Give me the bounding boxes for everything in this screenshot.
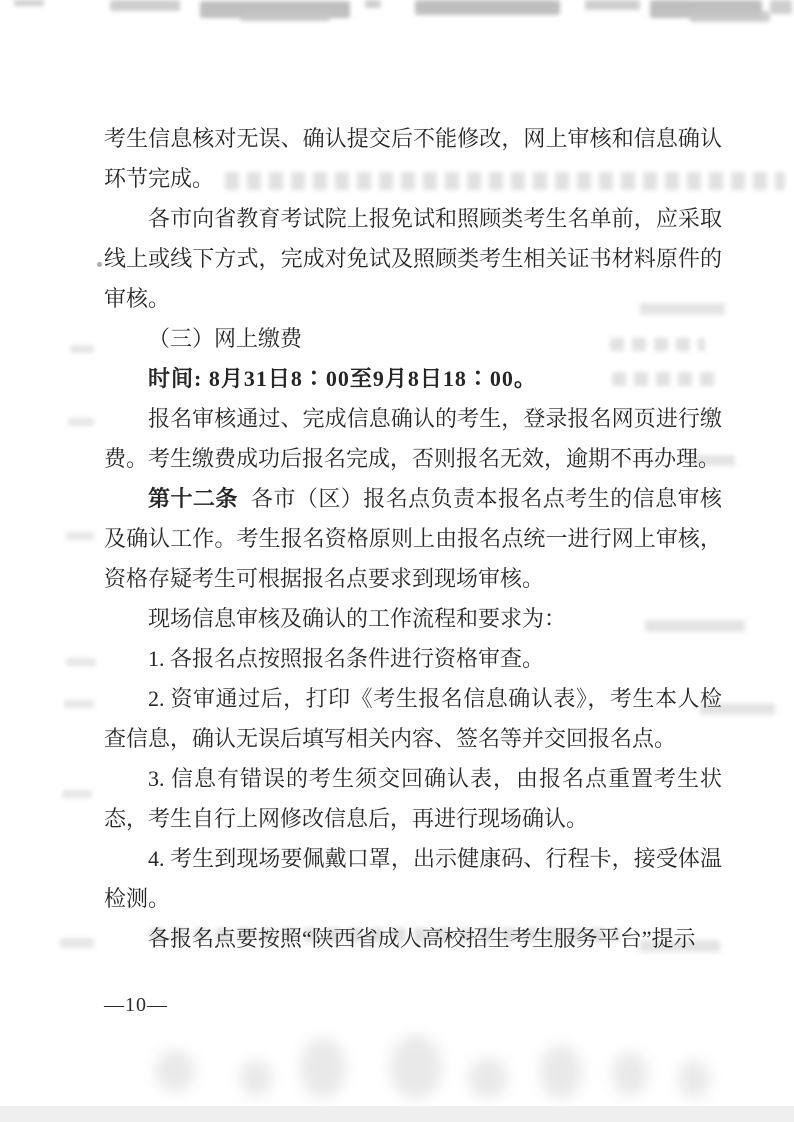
paragraph: 考生信息核对无误、确认提交后不能修改，网上审核和信息确认环节完成。 (104, 119, 722, 199)
list-item: 3. 信息有错误的考生须交回确认表，由报名点重置考生状态，考生自行上网修改信息后… (104, 759, 722, 839)
scan-artifact (678, 1060, 710, 1098)
paragraph: 现场信息审核及确认的工作流程和要求为： (104, 599, 722, 639)
page-number: —10— (104, 994, 168, 1017)
scan-artifact (70, 345, 94, 353)
scan-artifact (66, 532, 94, 540)
paragraph: 各市向省教育考试院上报免试和照顾类考生名单前，应采取线上或线下方式，完成对免试及… (104, 199, 722, 319)
list-item: 1. 各报名点按照报名条件进行资格审查。 (104, 639, 722, 679)
scan-artifact (240, 12, 330, 21)
document-page: 考生信息核对无误、确认提交后不能修改，网上审核和信息确认环节完成。 各市向省教育… (0, 0, 794, 1122)
scan-artifact (62, 790, 92, 798)
scan-artifact (770, 0, 792, 14)
scan-artifact (68, 418, 94, 426)
scan-artifact (415, 0, 560, 15)
scan-artifact (155, 1050, 195, 1092)
scan-artifact (14, 0, 44, 6)
scan-artifact (468, 1058, 508, 1098)
scan-artifact (390, 1035, 442, 1099)
scan-artifact (300, 1038, 346, 1098)
paragraph: 各报名点要按照“陕西省成人高校招生考生服务平台”提示 (104, 919, 722, 959)
list-item: 4. 考生到现场要佩戴口罩，出示健康码、行程卡，接受体温检测。 (104, 839, 722, 919)
document-body: 考生信息核对无误、确认提交后不能修改，网上审核和信息确认环节完成。 各市向省教育… (104, 119, 722, 959)
scan-artifact (0, 1106, 794, 1122)
scan-artifact (690, 11, 770, 22)
article-number: 第十二条 (148, 486, 238, 511)
scan-artifact (97, 262, 102, 267)
scan-artifact (60, 938, 94, 948)
paragraph: 报名审核通过、完成信息确认的考生，登录报名网页进行缴费。考生缴费成功后报名完成，… (104, 399, 722, 479)
paragraph: 第十二条各市（区）报名点负责本报名点考生的信息审核及确认工作。考生报名资格原则上… (104, 479, 722, 599)
scan-artifact (540, 1045, 582, 1099)
scan-artifact (64, 700, 94, 708)
time-line: 时间: 8月31日8∶00至9月8日18∶00。 (104, 359, 722, 399)
scan-artifact (650, 0, 762, 18)
scan-artifact (240, 1060, 272, 1096)
scan-artifact (66, 658, 96, 666)
list-item: 2. 资审通过后，打印《考生报名信息确认表》，考生本人检查信息，确认无误后填写相… (104, 679, 722, 759)
scan-artifact (585, 0, 640, 10)
scan-artifact (200, 1, 350, 18)
scan-artifact (110, 0, 180, 11)
scan-artifact (612, 1052, 648, 1096)
section-heading: （三）网上缴费 (104, 319, 722, 359)
scan-artifact (365, 0, 381, 8)
